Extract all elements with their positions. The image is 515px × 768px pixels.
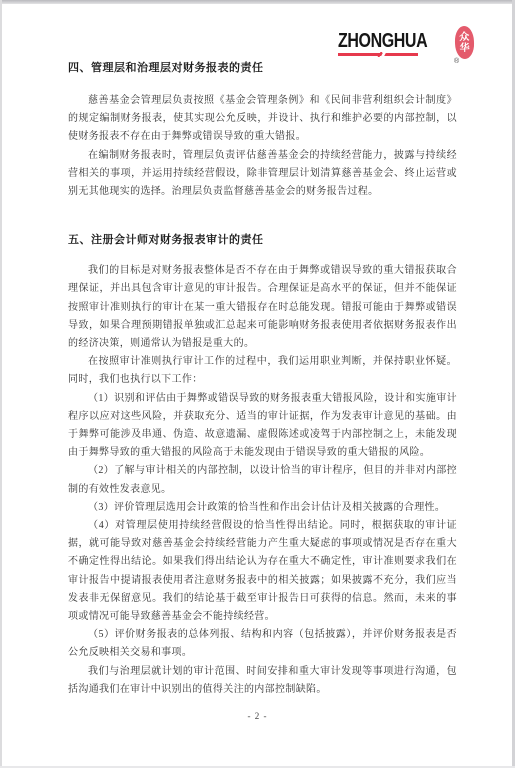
audit-report-page: 四、管理层和治理层对财务报表的责任 慈善基金会管理层负责按照《基金会管理条例》和… — [68, 60, 457, 699]
paragraph: （5）评价财务报表的总体列报、结构和内容（包括披露），并评价财务报表是否公允反映… — [68, 626, 457, 662]
paragraph: 在按照审计准则执行审计工作的过程中，我们运用职业判断，并保持职业怀疑。同时，我们… — [68, 353, 457, 389]
paragraph: （3）评价管理层选用会计政策的恰当性和作出会计估计及相关披露的合理性。 — [68, 499, 457, 517]
page-number: - 2 - — [0, 711, 515, 721]
logo-slash-accent — [381, 51, 388, 58]
logo-wordmark: ZHONGHUA — [338, 31, 427, 51]
scan-edge-top — [0, 0, 515, 4]
paragraph: 在编制财务报表时，管理层负责评估慈善基金会的持续经营能力，披露与持续经营相关的事… — [68, 147, 457, 202]
section-heading-management-responsibility: 四、管理层和治理层对财务报表的责任 — [68, 60, 457, 76]
section-heading-auditor-responsibility: 五、注册会计师对财务报表审计的责任 — [68, 232, 457, 248]
paragraph: 我们与治理层就计划的审计范围、时间安排和重大审计发现等事项进行沟通，包括沟通我们… — [68, 663, 457, 699]
logo-seal-block: 众 华 ® — [454, 27, 476, 65]
logo-wordmark-block: ZHONGHUA — [338, 31, 450, 56]
company-seal-icon: 众 华 — [454, 26, 474, 60]
paragraph: 慈善基金会管理层负责按照《基金会管理条例》和《民间非营利组织会计制度》的规定编制… — [68, 92, 457, 147]
paragraph: （2）了解与审计相关的内部控制，以设计恰当的审计程序，但目的并非对内部控制的有效… — [68, 462, 457, 498]
seal-character-bottom: 华 — [460, 42, 470, 53]
paragraph: （1）识别和评估由于舞弊或错误导致的财务报表重大错报风险，设计和实施审计程序以应… — [68, 390, 457, 463]
logo-underline-bar — [338, 53, 418, 56]
seal-character-top: 众 — [459, 31, 469, 42]
paragraph: 我们的目标是对财务报表整体是否不存在由于舞弊或错误导致的重大错报获取合理保证，并… — [68, 262, 457, 353]
paragraph: （4）对管理层使用持续经营假设的恰当性得出结论。同时，根据获取的审计证据，就可能… — [68, 517, 457, 626]
scan-edge-left — [0, 0, 2, 768]
